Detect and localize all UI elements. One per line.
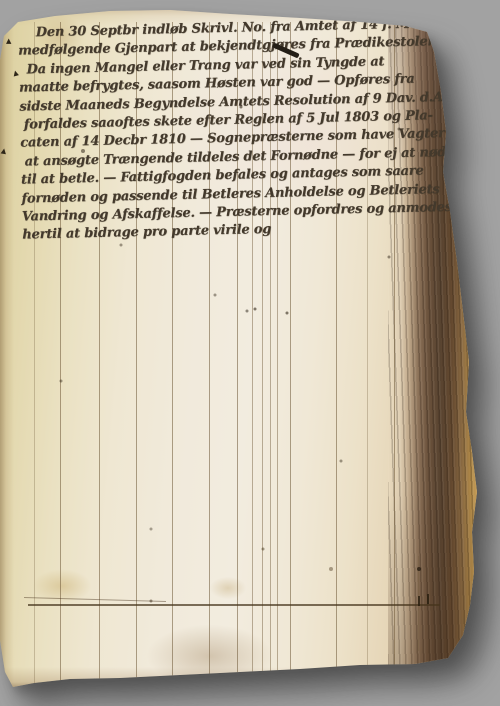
photo-background: Den 30 Septbr indløb Skrivl. No. fra Amt… [0,0,500,706]
manuscript-page: Den 30 Septbr indløb Skrivl. No. fra Amt… [0,8,484,694]
book: Den 30 Septbr indløb Skrivl. No. fra Amt… [0,8,484,698]
ink-mark-icon: ▲ [6,38,11,45]
ink-specks [0,8,2,10]
ruled-line-horizontal [28,604,440,606]
handwritten-text: Den 30 Septbr indløb Skrivl. No. fra Amt… [18,15,427,245]
tally-mark [418,596,420,606]
tally-mark [427,594,429,604]
